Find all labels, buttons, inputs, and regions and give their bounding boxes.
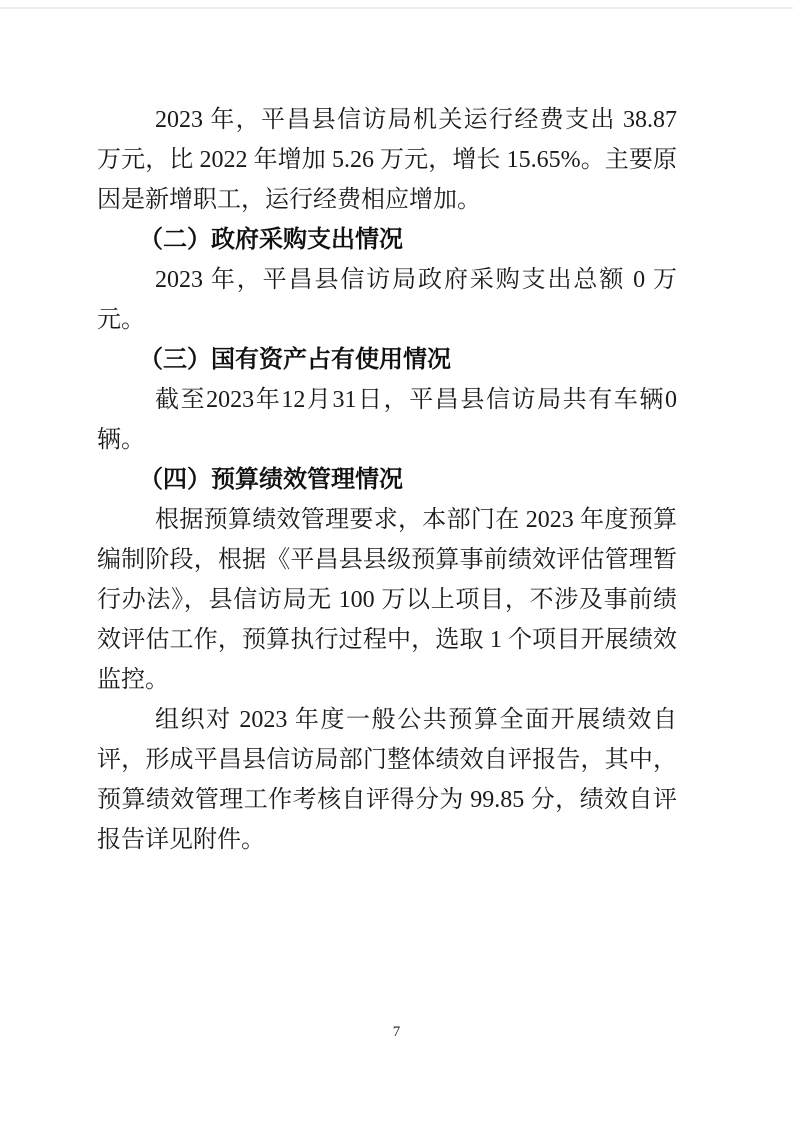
paragraph-operating-expenses: 2023 年，平昌县信访局机关运行经费支出 38.87 万元，比 2022 年增… xyxy=(97,100,677,220)
heading-state-owned-assets: （三）国有资产占有使用情况 xyxy=(97,340,677,380)
heading-budget-performance: （四）预算绩效管理情况 xyxy=(97,460,677,500)
page-number: 7 xyxy=(0,1022,793,1042)
paragraph-performance-self-assessment: 组织对 2023 年度一般公共预算全面开展绩效自评，形成平昌县信访局部门整体绩效… xyxy=(97,700,677,860)
heading-government-procurement: （二）政府采购支出情况 xyxy=(97,220,677,260)
paragraph-performance-monitoring: 根据预算绩效管理要求，本部门在 2023 年度预算编制阶段，根据《平昌县县级预算… xyxy=(97,500,677,700)
paragraph-vehicle-count: 截至2023年12月31日，平昌县信访局共有车辆0辆。 xyxy=(97,380,677,460)
scan-edge-line xyxy=(0,7,793,9)
paragraph-procurement-total: 2023 年，平昌县信访局政府采购支出总额 0 万元。 xyxy=(97,260,677,340)
document-body: 2023 年，平昌县信访局机关运行经费支出 38.87 万元，比 2022 年增… xyxy=(97,100,677,860)
document-page: 2023 年，平昌县信访局机关运行经费支出 38.87 万元，比 2022 年增… xyxy=(0,0,793,1122)
